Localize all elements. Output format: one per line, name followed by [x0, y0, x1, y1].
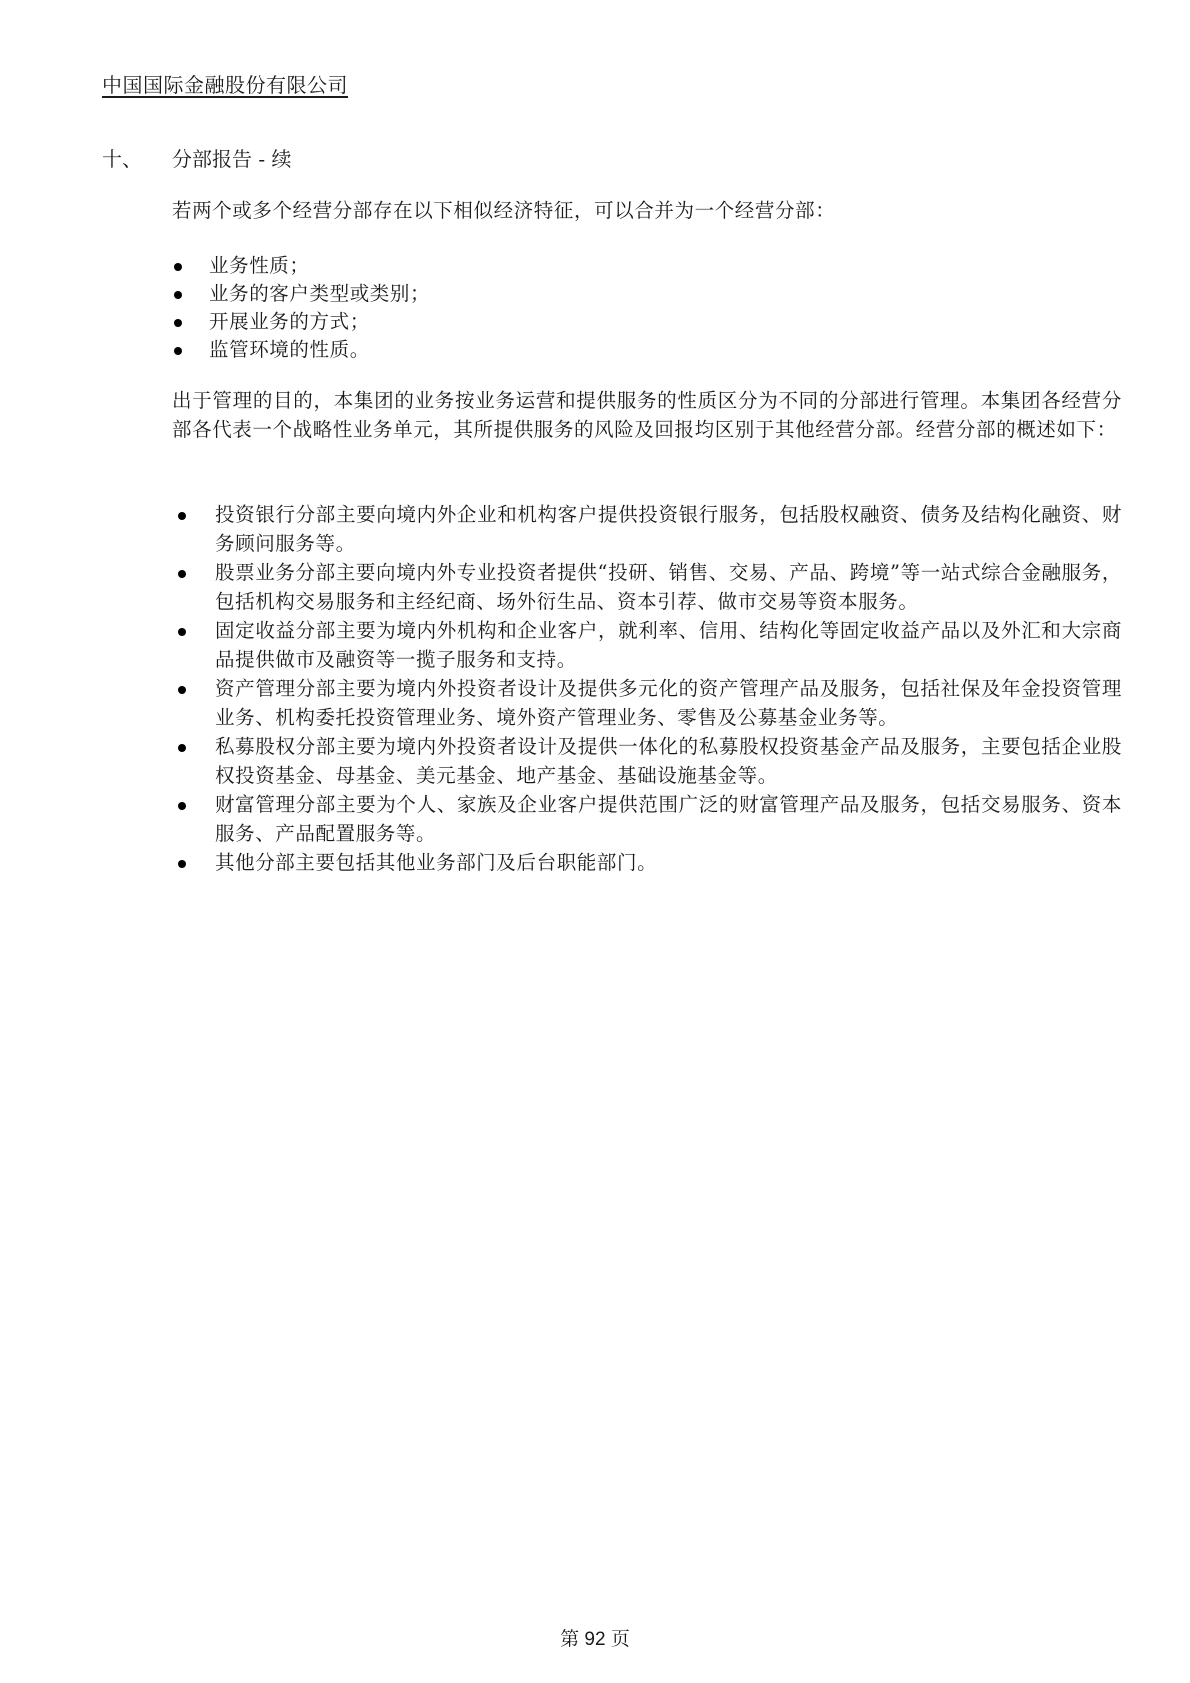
segment-item-fixed-income: 固定收益分部主要为境内外机构和企业客户，就利率、信用、结构化等固定收益产品以及外…	[172, 616, 1122, 674]
bullet-icon	[178, 628, 186, 636]
company-header: 中国国际金融股份有限公司	[102, 72, 348, 98]
segment-item-investment-banking: 投资银行分部主要向境内外企业和机构客户提供投资银行服务，包括股权融资、债务及结构…	[172, 500, 1122, 558]
aggregation-criteria-list: 业务性质； 业务的客户类型或类别； 开展业务的方式； 监管环境的性质。	[172, 252, 430, 364]
segment-item-private-equity: 私募股权分部主要为境内外投资者设计及提供一体化的私募股权投资基金产品及服务，主要…	[172, 732, 1122, 790]
section-title: 分部报告 - 续	[172, 147, 291, 171]
bullet-icon	[178, 860, 186, 868]
bullet-icon	[178, 570, 186, 578]
section-number: 十、	[102, 145, 172, 173]
bullet-icon	[174, 291, 182, 299]
bullet-icon	[178, 512, 186, 520]
bullet-icon	[178, 802, 186, 810]
bullet-icon	[178, 744, 186, 752]
purpose-paragraph: 出于管理的目的，本集团的业务按业务运营和提供服务的性质区分为不同的分部进行管理。…	[172, 386, 1122, 444]
document-page: 中国国际金融股份有限公司 十、分部报告 - 续 若两个或多个经营分部存在以下相似…	[0, 0, 1190, 1683]
segment-item-others: 其他分部主要包括其他业务部门及后台职能部门。	[172, 848, 1122, 877]
bullet-icon	[178, 686, 186, 694]
list-item: 开展业务的方式；	[172, 308, 430, 336]
bullet-icon	[174, 263, 182, 271]
segment-item-equities: 股票业务分部主要向境内外专业投资者提供“投研、销售、交易、产品、跨境”等一站式综…	[172, 558, 1122, 616]
bullet-icon	[174, 347, 182, 355]
segment-description-list: 投资银行分部主要向境内外企业和机构客户提供投资银行服务，包括股权融资、债务及结构…	[172, 500, 1122, 877]
section-heading: 十、分部报告 - 续	[102, 145, 291, 173]
segment-item-asset-management: 资产管理分部主要为境内外投资者设计及提供多元化的资产管理产品及服务，包括社保及年…	[172, 674, 1122, 732]
intro-paragraph: 若两个或多个经营分部存在以下相似经济特征，可以合并为一个经营分部：	[172, 196, 1122, 225]
bullet-icon	[174, 319, 182, 327]
segment-item-wealth-management: 财富管理分部主要为个人、家族及企业客户提供范围广泛的财富管理产品及服务，包括交易…	[172, 790, 1122, 848]
list-item: 业务的客户类型或类别；	[172, 280, 430, 308]
list-item: 监管环境的性质。	[172, 336, 430, 364]
list-item: 业务性质；	[172, 252, 430, 280]
page-number: 第 92 页	[0, 1628, 1190, 1652]
